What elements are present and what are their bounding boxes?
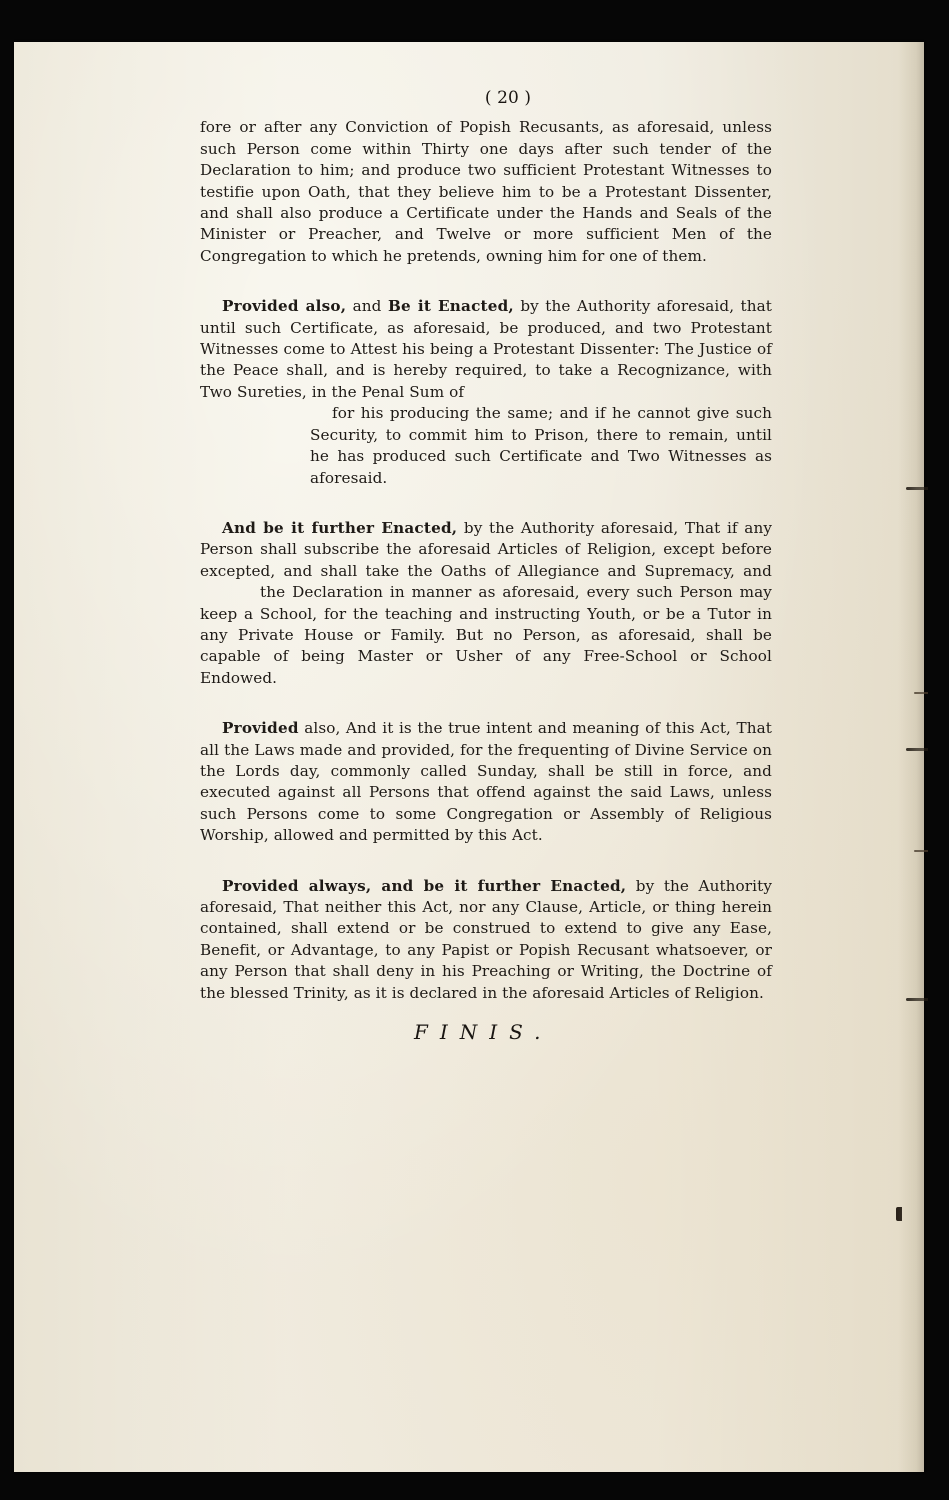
paragraph-heading: Provided always, and be it further Enact… [222,877,626,895]
paragraph-3: And be it further Enacted, by the Author… [200,518,772,689]
stitch-mark [914,692,928,694]
paragraph-heading: Be it Enacted, [388,297,514,315]
paragraph-text: for his producing the same; and if he ca… [310,404,772,486]
paragraph-text: the Declaration in manner as aforesaid, … [200,583,772,687]
stitch-mark [906,748,928,751]
paragraph-4: Provided also, And it is the true intent… [200,718,772,846]
stitch-mark [914,850,928,852]
paragraph-1: fore or after any Conviction of Popish R… [200,117,772,267]
paragraph-heading: And be it further Enacted, [222,519,457,537]
photo-background: ( 20 ) fore or after any Conviction of P… [0,0,949,1500]
document-page: ( 20 ) fore or after any Conviction of P… [14,42,924,1472]
paragraph-text: and [346,297,388,315]
page-text: ( 20 ) fore or after any Conviction of P… [200,88,772,1033]
page-number: ( 20 ) [200,88,772,109]
paragraph-text: also, And it is the true intent and mean… [200,719,772,844]
paragraph-text: by the Authority aforesaid, That neither… [200,877,772,1002]
paragraph-5: Provided always, and be it further Enact… [200,876,772,1004]
paragraph-2: Provided also, and Be it Enacted, by the… [200,296,772,489]
stitch-mark [906,998,928,1001]
paragraph-heading: Provided [222,719,299,737]
stitch-mark [906,487,928,490]
paragraph-text: fore or after any Conviction of Popish R… [200,118,772,264]
blank-sum-line: for his producing the same; and if he ca… [200,403,772,489]
stitch-mark [896,1207,902,1221]
paragraph-heading: Provided also, [222,297,346,315]
finis-colophon: FINIS. [414,1020,553,1044]
